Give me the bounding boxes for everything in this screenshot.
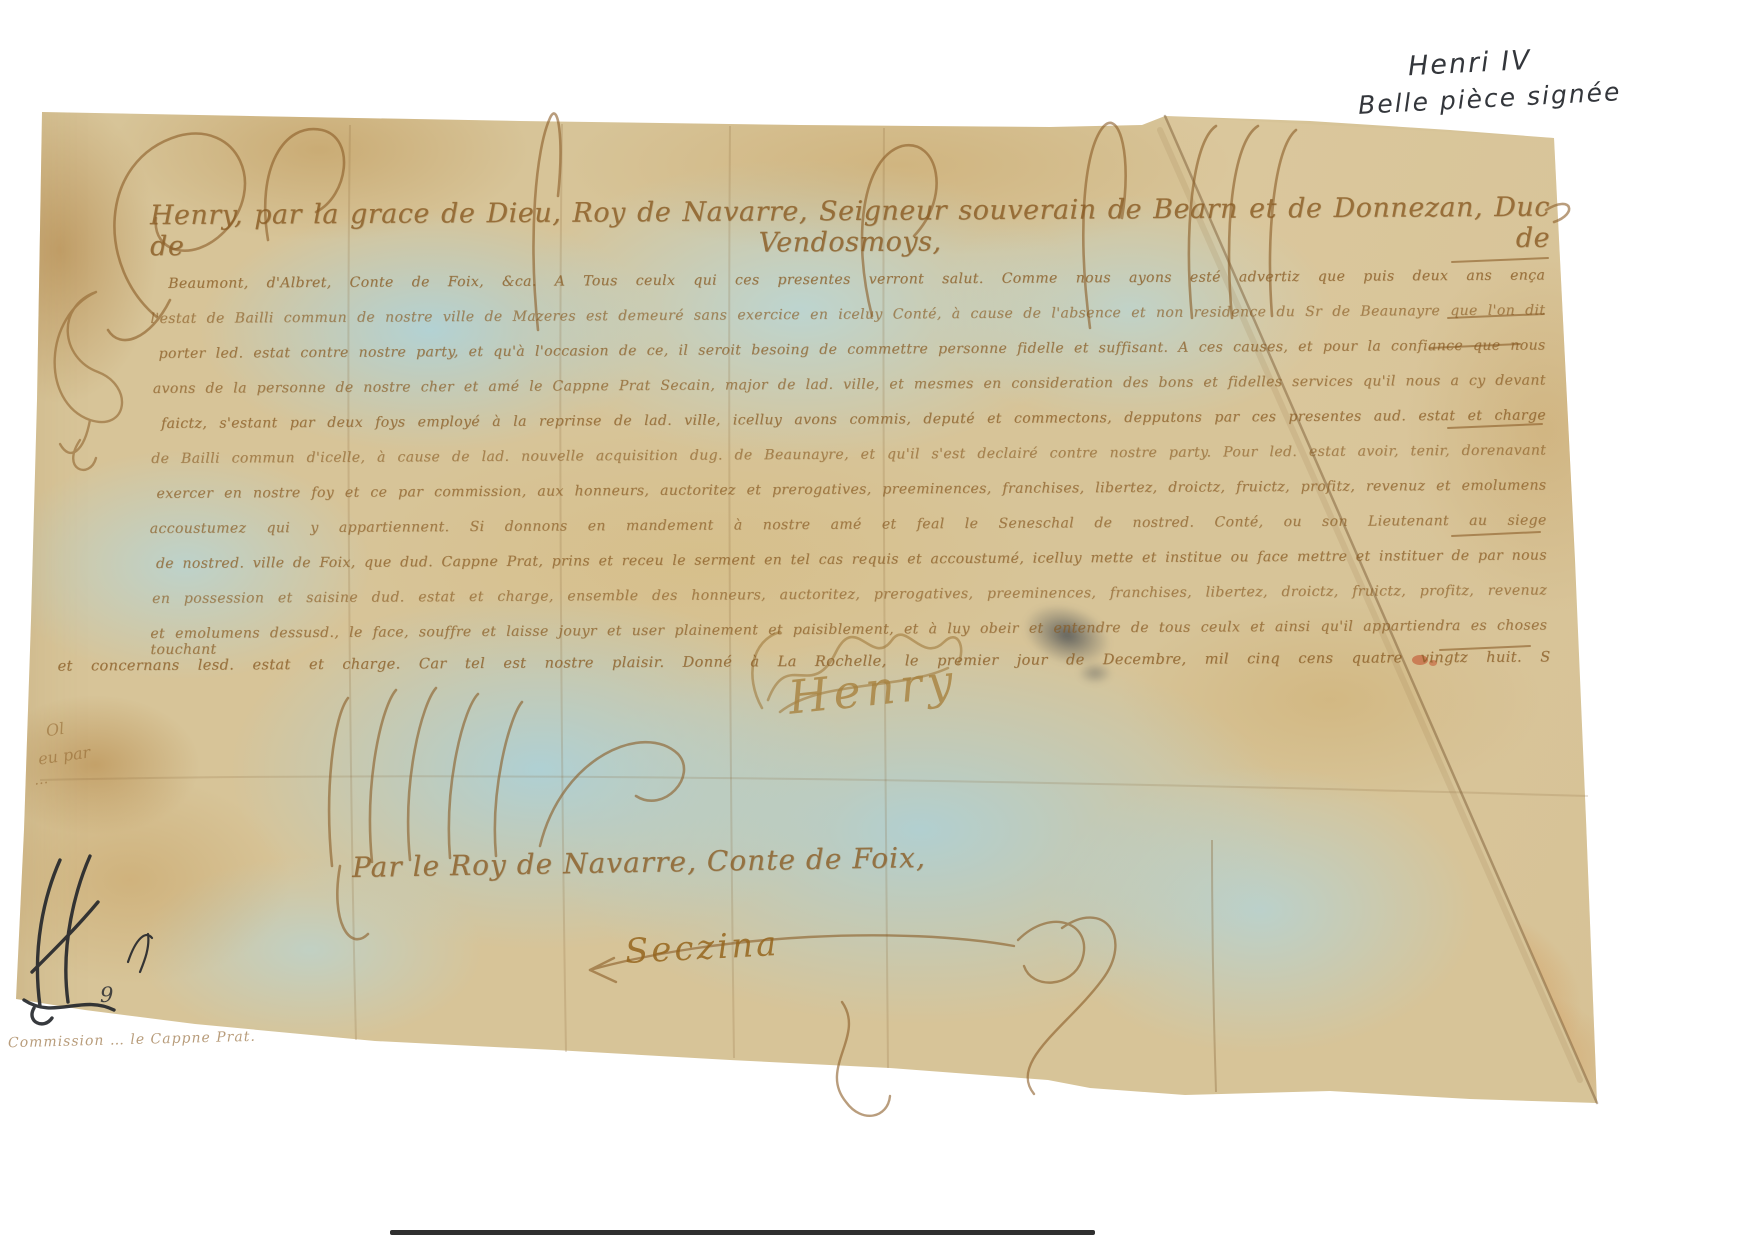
manuscript-line: avons de la personne de nostre cher et a… [153, 372, 1546, 397]
margin-note: … [33, 771, 49, 789]
manuscript-line: faictz, s'estant par deux foys employé à… [161, 407, 1546, 431]
manuscript-line: Beaumont, d'Albret, Conte de Foix, &ca. … [168, 267, 1545, 291]
margin-note: Ol [45, 719, 66, 740]
manuscript-line: accoustumez qui y appartiennent. Si donn… [150, 512, 1547, 537]
scan-artifact-line [390, 1230, 1095, 1235]
secretary-signature: Seczina [624, 924, 780, 972]
manuscript-line: de Bailli commun d'icelle, à cause de la… [151, 442, 1546, 467]
manuscript-line: en possession et saisine dud. estat et c… [152, 582, 1547, 607]
modern-annotation-line1: Henri IV [1407, 45, 1532, 82]
manuscript-line: porter led. estat contre nostre party, e… [159, 337, 1546, 361]
manuscript-line: de nostred. ville de Foix, que dud. Capp… [156, 547, 1547, 571]
manuscript-body-lines: Beaumont, d'Albret, Conte de Foix, &ca. … [0, 0, 1751, 1238]
bottom-left-numeral: 9 [100, 983, 113, 1007]
scanned-document-page: Henry, par la grace de Dieu, Roy de Nava… [0, 0, 1751, 1238]
manuscript-line: exercer en nostre foy et ce par commissi… [156, 477, 1546, 501]
manuscript-line: l'estat de Bailli commun de nostre ville… [150, 302, 1545, 327]
